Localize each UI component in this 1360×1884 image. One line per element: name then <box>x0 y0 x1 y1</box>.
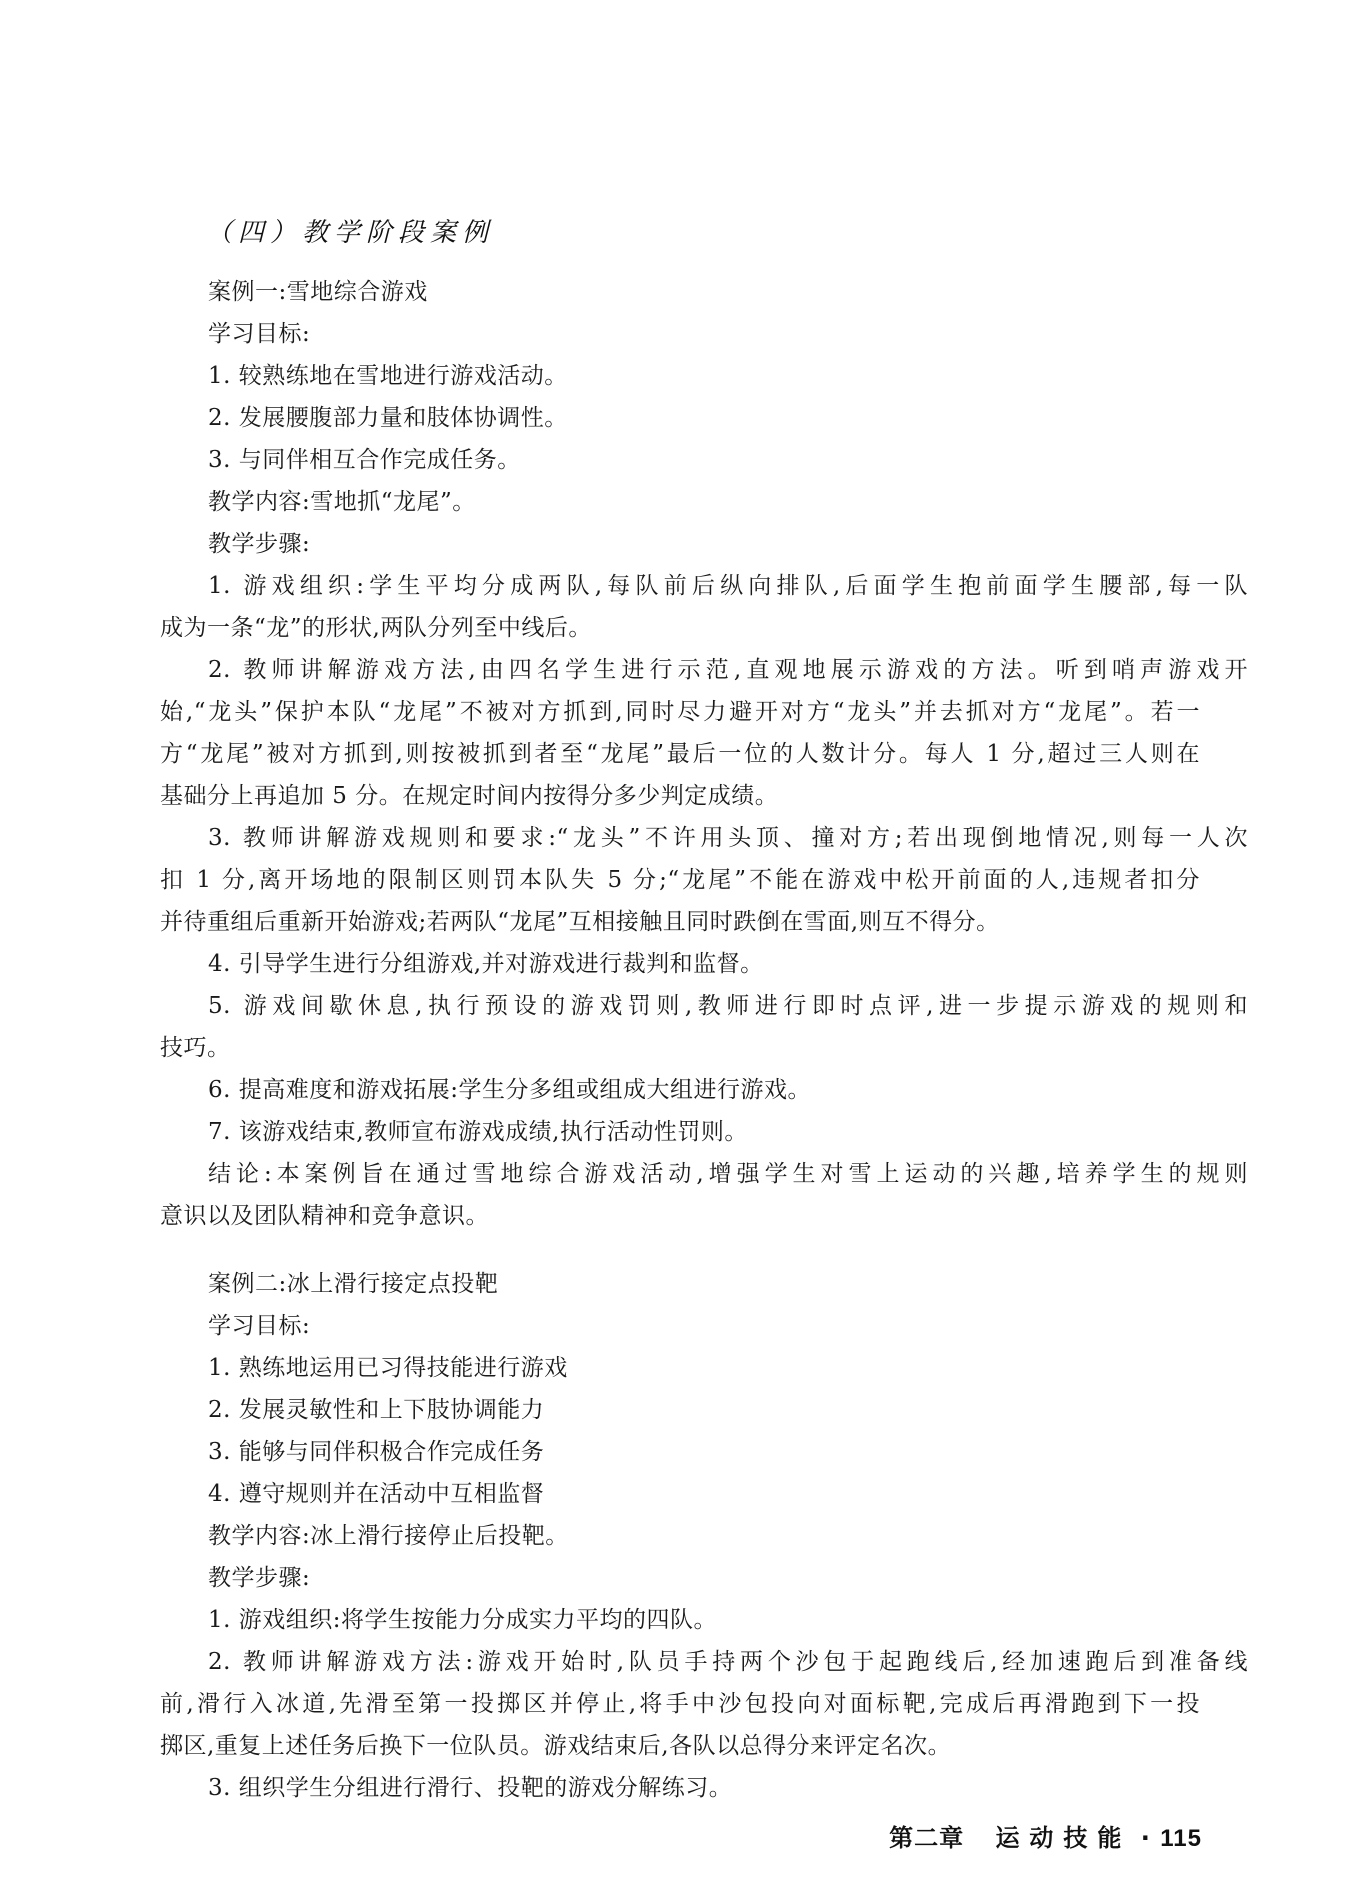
page-footer: 第二章 运动技能 · 115 <box>889 1818 1202 1853</box>
document-page: （四）教学阶段案例 案例一:雪地综合游戏 学习目标: 1. 较熟练地在雪地进行游… <box>0 0 1360 1884</box>
case1-step-line: 2. 教师讲解游戏方法,由四名学生进行示范,直观地展示游戏的方法。听到哨声游戏开 <box>160 650 1248 690</box>
case1-step-line: 4. 引导学生进行分组游戏,并对游戏进行裁判和监督。 <box>160 944 1248 984</box>
case1-step-line: 7. 该游戏结束,教师宣布游戏成绩,执行活动性罚则。 <box>160 1112 1248 1152</box>
footer-chapter: 第二章 <box>889 1824 964 1852</box>
case2-step-line: 2. 教师讲解游戏方法:游戏开始时,队员手持两个沙包于起跑线后,经加速跑后到准备… <box>160 1642 1248 1682</box>
case2-title: 案例二:冰上滑行接定点投靶 <box>160 1264 1248 1304</box>
case1-step-line: 并待重组后重新开始游戏;若两队“龙尾”互相接触且同时跌倒在雪面,则互不得分。 <box>160 902 1200 942</box>
footer-separator: · <box>1141 1824 1151 1852</box>
case1-step-line: 扣 1 分,离开场地的限制区则罚本队失 5 分;“龙尾”不能在游戏中松开前面的人… <box>160 860 1200 900</box>
footer-title: 运动技能 <box>995 1824 1131 1852</box>
case1-title: 案例一:雪地综合游戏 <box>160 272 1248 312</box>
section-heading: （四）教学阶段案例 <box>206 212 494 249</box>
case1-step-line: 成为一条“龙”的形状,两队分列至中线后。 <box>160 608 1200 648</box>
case1-content: 教学内容:雪地抓“龙尾”。 <box>160 482 1248 522</box>
case1-objective-3: 3. 与同伴相互合作完成任务。 <box>160 440 1248 480</box>
page-number: 115 <box>1160 1825 1202 1852</box>
case2-content: 教学内容:冰上滑行接停止后投靶。 <box>160 1516 1248 1556</box>
case2-step-line: 掷区,重复上述任务后换下一位队员。游戏结束后,各队以总得分来评定名次。 <box>160 1726 1200 1766</box>
case2-objective-2: 2. 发展灵敏性和上下肢协调能力 <box>160 1390 1248 1430</box>
case2-step-line: 3. 组织学生分组进行滑行、投靶的游戏分解练习。 <box>160 1768 1248 1808</box>
case1-step-line: 5. 游戏间歇休息,执行预设的游戏罚则,教师进行即时点评,进一步提示游戏的规则和 <box>160 986 1248 1026</box>
case1-step-line: 始,“龙头”保护本队“龙尾”不被对方抓到,同时尽力避开对方“龙头”并去抓对方“龙… <box>160 692 1200 732</box>
case1-step-line: 方“龙尾”被对方抓到,则按被抓到者至“龙尾”最后一位的人数计分。每人 1 分,超… <box>160 734 1200 774</box>
case1-objective-2: 2. 发展腰腹部力量和肢体协调性。 <box>160 398 1248 438</box>
case1-steps-label: 教学步骤: <box>160 524 1248 564</box>
case2-steps-label: 教学步骤: <box>160 1558 1248 1598</box>
case1-conclusion-line: 结论:本案例旨在通过雪地综合游戏活动,增强学生对雪上运动的兴趣,培养学生的规则 <box>160 1154 1248 1194</box>
case2-objective-3: 3. 能够与同伴积极合作完成任务 <box>160 1432 1248 1472</box>
case1-objectives-label: 学习目标: <box>160 314 1248 354</box>
case1-conclusion-line: 意识以及团队精神和竞争意识。 <box>160 1196 1200 1236</box>
case1-step-line: 基础分上再追加 5 分。在规定时间内按得分多少判定成绩。 <box>160 776 1200 816</box>
case1-step-line: 1. 游戏组织:学生平均分成两队,每队前后纵向排队,后面学生抱前面学生腰部,每一… <box>160 566 1248 606</box>
case1-objective-1: 1. 较熟练地在雪地进行游戏活动。 <box>160 356 1248 396</box>
case2-objective-4: 4. 遵守规则并在活动中互相监督 <box>160 1474 1248 1514</box>
case2-step-line: 前,滑行入冰道,先滑至第一投掷区并停止,将手中沙包投向对面标靶,完成后再滑跑到下… <box>160 1684 1200 1724</box>
case1-step-line: 6. 提高难度和游戏拓展:学生分多组或组成大组进行游戏。 <box>160 1070 1248 1110</box>
case2-objectives-label: 学习目标: <box>160 1306 1248 1346</box>
case2-step-line: 1. 游戏组织:将学生按能力分成实力平均的四队。 <box>160 1600 1248 1640</box>
case2-objective-1: 1. 熟练地运用已习得技能进行游戏 <box>160 1348 1248 1388</box>
case1-step-line: 技巧。 <box>160 1028 1200 1068</box>
case1-step-line: 3. 教师讲解游戏规则和要求:“龙头”不许用头顶、撞对方;若出现倒地情况,则每一… <box>160 818 1248 858</box>
